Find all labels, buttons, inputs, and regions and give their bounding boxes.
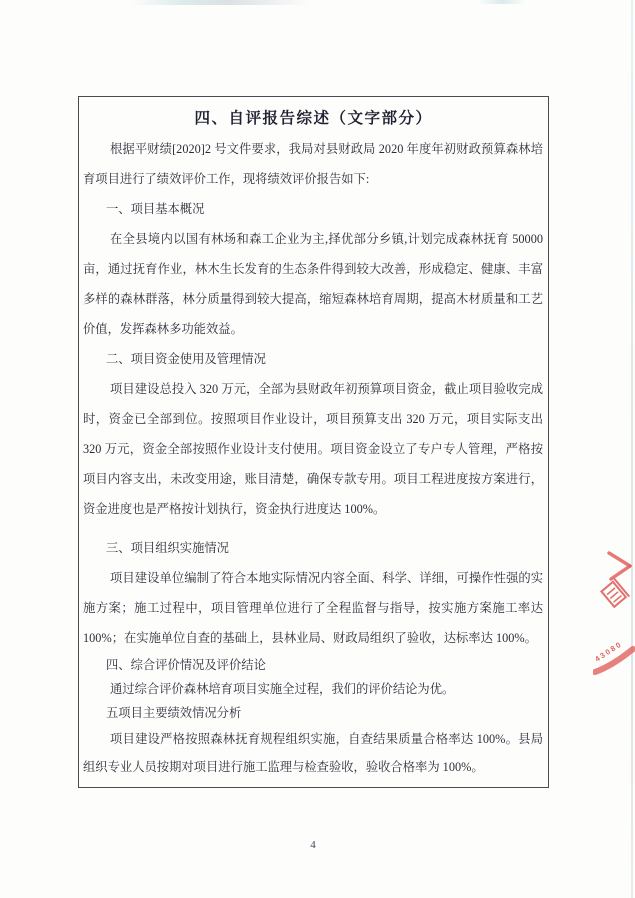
section-heading: 三、项目组织实施情况 [83, 533, 543, 563]
page-number: 4 [78, 839, 548, 851]
scan-artifact [130, 0, 310, 5]
section-heading: 五项目主要绩效情况分析 [83, 701, 543, 725]
paragraph: 在全县境内以国有林场和森工企业为主,择优部分乡镇,计划完成森林抚育 50000 … [83, 224, 543, 344]
paragraph: 项目建设单位编制了符合本地实际情况内容全面、科学、详细，可操作性强的实施方案；施… [83, 563, 543, 653]
paragraph: 根据平财绩[2020]2 号文件要求，我局对县财政局 2020 年度年初财政预算… [83, 134, 543, 194]
paragraph: 项目建设总投入 320 万元，全部为县财政年初预算项目资金，截止项目验收完成时，… [83, 374, 543, 524]
scanned-document-page: 四、自评报告综述（文字部分） 根据平财绩[2020]2 号文件要求，我局对县财政… [0, 0, 635, 898]
scan-artifact [478, 0, 526, 4]
paragraph: 通过综合评价森林培育项目实施全过程，我们的评价结论为优。 [83, 677, 543, 701]
section-heading: 四、综合评价情况及评价结论 [83, 653, 543, 677]
scan-page-edge [631, 0, 633, 898]
official-seal-fragment-icon: 43080 [593, 545, 635, 710]
paragraph: 项目建设严格按照森林抚育规程组织实施，自查结果质量合格率达 100%。县局组织专… [83, 725, 543, 781]
seal-serial-number: 43080 [593, 639, 624, 663]
section-heading: 二、项目资金使用及管理情况 [83, 344, 543, 374]
report-body: 根据平财绩[2020]2 号文件要求，我局对县财政局 2020 年度年初财政预算… [79, 134, 548, 781]
report-title: 四、自评报告综述（文字部分） [83, 106, 544, 128]
section-heading: 一、项目基本概况 [83, 194, 543, 224]
report-border-box: 四、自评报告综述（文字部分） 根据平财绩[2020]2 号文件要求，我局对县财政… [78, 96, 549, 788]
